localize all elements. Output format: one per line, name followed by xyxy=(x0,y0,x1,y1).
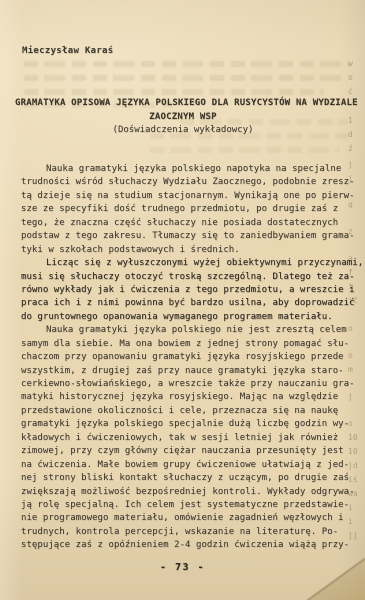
paragraph: Nauka gramatyki języka polskiego napotyk… xyxy=(21,163,359,257)
body-line: praca ich i z nimi powinna być bardzo us… xyxy=(21,297,359,310)
body-line: tą dzieje się na studium stacjonarnym. W… xyxy=(21,190,359,203)
body-line: trudnych, kontrola percepcji, wskazanie … xyxy=(21,526,359,539)
body-line: przedstawione okoliczności i cele, przez… xyxy=(21,405,359,418)
bleedthrough-mark: ć xyxy=(348,88,353,96)
bleedthrough-mark: ź xyxy=(348,145,353,153)
paragraph: Nauka gramatyki języka polskiego nie jes… xyxy=(21,324,359,552)
body-line: tyki w szkołach podstawowych i średnich. xyxy=(21,244,359,257)
page-number: - 73 - xyxy=(0,562,365,573)
body-line: równo wykłady jak i ćwiczenia z tego prz… xyxy=(21,284,359,297)
body-line: zwiększają możliwość bezpośredniej kontr… xyxy=(21,486,359,499)
document-title-line-2: ZAOCZNYM WSP xyxy=(15,111,351,125)
body-line: trudności wśród słuchaczy Wydziału Zaocz… xyxy=(21,176,359,189)
body-line: musi się słuchaczy otoczyć troską szczeg… xyxy=(21,271,359,284)
body-line: ją rolę specjalną. Ich celem jest system… xyxy=(21,499,359,512)
bleedthrough-line xyxy=(24,75,342,81)
body-line: sze ze specyfiki dość trudnego przedmiot… xyxy=(21,203,359,216)
document-title-line-1: GRAMATYKA OPISOWA JĘZYKA POLSKIEGO DLA R… xyxy=(15,97,351,111)
document-subtitle: (Doświadczenia wykładowcy) xyxy=(15,124,351,138)
scanned-document-page: woć1dźjjqzafiićoomjo1010jdiśwaiijj Miecz… xyxy=(0,0,365,600)
body-line: na ćwiczenia. Małe bowiem grupy ćwiczeni… xyxy=(21,459,359,472)
body-line: stępujące zaś z opóźnieniem 2-4 godzin ć… xyxy=(21,539,359,552)
body-line: samym dla siebie. Ma ona bowiem z jednej… xyxy=(21,338,359,351)
body-line: podstaw z tego zakresu. Tłumaczy się to … xyxy=(21,230,359,243)
bleedthrough-line xyxy=(150,147,340,153)
body-line: Licząc się z wyłuszczonymi wyżej obiekty… xyxy=(21,257,359,270)
author-name: Mieczysław Karaś xyxy=(22,46,114,56)
bleedthrough-mark: w xyxy=(348,60,353,68)
bleedthrough-line xyxy=(24,89,324,95)
body-line: Nauka gramatyki języka polskiego nie jes… xyxy=(21,324,359,337)
body-line: kładowych i ćwiczeniowych, tak w sesji l… xyxy=(21,432,359,445)
body-line: wszystkim, z drugiej zaś przy nauce gram… xyxy=(21,365,359,378)
body-line: tego, że znaczna część słuchaczy nie pos… xyxy=(21,217,359,230)
body-line: chaczom przy opanowaniu gramatyki języka… xyxy=(21,351,359,364)
body-line: zimowej, przy czym główny ciężar nauczan… xyxy=(21,445,359,458)
paragraph: Licząc się z wyłuszczonymi wyżej obiekty… xyxy=(21,257,359,324)
body-line: Nauka gramatyki języka polskiego napotyk… xyxy=(21,163,359,176)
document-body: Nauka gramatyki języka polskiego napotyk… xyxy=(21,163,359,553)
document-title-block: GRAMATYKA OPISOWA JĘZYKA POLSKIEGO DLA R… xyxy=(15,97,351,138)
body-line: do gruntownego opanowania wymaganego pro… xyxy=(21,311,359,324)
body-line: cerkiewno-słowiańskiego, a wreszcie takż… xyxy=(21,378,359,391)
body-line: gramatyki języka polskiego specjalnie du… xyxy=(21,418,359,431)
body-line: nej strony bliski kontakt słuchaczy z uc… xyxy=(21,472,359,485)
body-line: matyki historycznej języka rosyjskiego. … xyxy=(21,391,359,404)
bleedthrough-line xyxy=(24,61,350,67)
bleedthrough-mark: o xyxy=(348,74,353,82)
body-line: nie programowego materiału, omówienie za… xyxy=(21,512,359,525)
